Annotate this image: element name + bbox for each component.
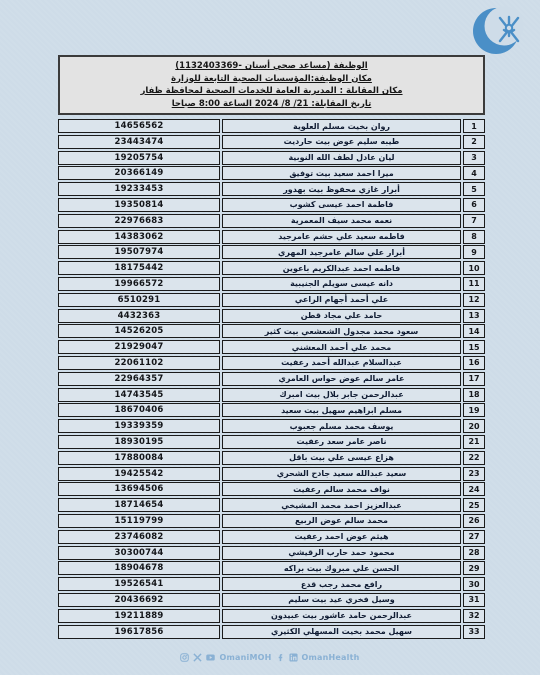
table-row: 12علي أحمد أجهام الراعي6510291: [58, 293, 485, 307]
civil-id-number: 23443474: [58, 135, 220, 149]
table-row: 29الحسن علي مبروك بيت براكه18904678: [58, 561, 485, 575]
health-handle[interactable]: OmanHealth: [302, 653, 360, 662]
civil-id-number: 22976683: [58, 214, 220, 228]
table-row: 23سعيد عبدالله سعيد جادح الشحري19425542: [58, 467, 485, 481]
civil-id-number: 20436692: [58, 593, 220, 607]
applicant-name: مسلم ابراهيم سهيل بيت سعيد: [222, 403, 461, 417]
job-title-line: الوظيفة (مساعد صحي أسنان -1132403369): [64, 60, 479, 73]
applicant-name: هيثم عوض احمد رعفيت: [222, 530, 461, 544]
applicant-name: أبرار غازي محفوظ بيت بهدور: [222, 182, 461, 196]
civil-id-number: 19211889: [58, 609, 220, 623]
applicant-table: 1روان بخيت مسلم العلوية146565622طيبه سلي…: [58, 119, 485, 639]
applicant-name: وسيل فخري عيد بيت سليم: [222, 593, 461, 607]
civil-id-number: 18670406: [58, 403, 220, 417]
table-row: 9أبرار علي سالم عامرجيد المهري19507974: [58, 245, 485, 259]
table-row: 28محمود حمد حارب الرقيشي30300744: [58, 546, 485, 560]
applicant-name: روان بخيت مسلم العلوية: [222, 119, 461, 133]
civil-id-number: 14743545: [58, 388, 220, 402]
civil-id-number: 19350814: [58, 198, 220, 212]
document-sheet: الوظيفة (مساعد صحي أسنان -1132403369) مك…: [58, 55, 485, 640]
row-number: 11: [463, 277, 485, 291]
row-number: 24: [463, 482, 485, 496]
row-number: 15: [463, 340, 485, 354]
row-number: 20: [463, 419, 485, 433]
row-number: 17: [463, 372, 485, 386]
row-number: 19: [463, 403, 485, 417]
row-number: 1: [463, 119, 485, 133]
civil-id-number: 18904678: [58, 561, 220, 575]
applicant-name: نواف محمد سالم رعفيت: [222, 482, 461, 496]
civil-id-number: 22964357: [58, 372, 220, 386]
interview-location-line: مكان المقابلة : المديرية العامة للخدمات …: [64, 85, 479, 98]
table-row: 1روان بخيت مسلم العلوية14656562: [58, 119, 485, 133]
applicant-name: فاطمه احمد عبدالكريم باعوين: [222, 261, 461, 275]
table-row: 30رافع محمد رجب قدع19526541: [58, 577, 485, 591]
row-number: 18: [463, 388, 485, 402]
civil-id-number: 19233453: [58, 182, 220, 196]
applicant-name: ليان عادل لطف الله النوبية: [222, 151, 461, 165]
applicant-name: عبدالرحمن حامد عاشور بيت عبيدون: [222, 609, 461, 623]
table-row: 4ميرا احمد سعيد بيت توفيق20366149: [58, 166, 485, 180]
row-number: 10: [463, 261, 485, 275]
table-row: 20يوسف محمد مسلم جعبوب19339359: [58, 419, 485, 433]
row-number: 27: [463, 530, 485, 544]
row-number: 3: [463, 151, 485, 165]
linkedin-icon[interactable]: [289, 653, 298, 662]
row-number: 28: [463, 546, 485, 560]
crescent-emblem-icon: [471, 5, 531, 57]
civil-id-number: 22061102: [58, 356, 220, 370]
applicant-name: سعود محمد مجدول الشعشعي بيت كثير: [222, 324, 461, 338]
job-location-line: مكان الوظيفة:المؤسسات الصحية التابعة للو…: [64, 73, 479, 86]
row-number: 16: [463, 356, 485, 370]
table-row: 22هزاع عيسى علي بيت باقل17880084: [58, 451, 485, 465]
applicant-name: عبدالرحمن جابر بلال بيت امبرك: [222, 388, 461, 402]
civil-id-number: 19507974: [58, 245, 220, 259]
civil-id-number: 14526205: [58, 324, 220, 338]
applicant-name: عامر سالم عوض حواس العامري: [222, 372, 461, 386]
row-number: 21: [463, 435, 485, 449]
table-row: 6فاطمة احمد عيسى كشوب19350814: [58, 198, 485, 212]
civil-id-number: 18175442: [58, 261, 220, 275]
civil-id-number: 14656562: [58, 119, 220, 133]
civil-id-number: 19205754: [58, 151, 220, 165]
table-row: 3ليان عادل لطف الله النوبية19205754: [58, 151, 485, 165]
applicant-name: سهيل محمد بخيت المسهلي الكثيري: [222, 625, 461, 639]
table-row: 10فاطمه احمد عبدالكريم باعوين18175442: [58, 261, 485, 275]
row-number: 2: [463, 135, 485, 149]
moh-oman-logo: [471, 5, 531, 57]
row-number: 8: [463, 230, 485, 244]
civil-id-number: 4432363: [58, 309, 220, 323]
civil-id-number: 19339359: [58, 419, 220, 433]
applicant-name: محمد علي أحمد المعشني: [222, 340, 461, 354]
social-footer: OmaniMOH OmanHealth: [0, 653, 540, 662]
applicant-name: طيبه سليم عوض بيت حارديت: [222, 135, 461, 149]
applicant-name: الحسن علي مبروك بيت براكه: [222, 561, 461, 575]
civil-id-number: 23746082: [58, 530, 220, 544]
announcement-page: { "logo": { "name": "ministry-of-health-…: [0, 0, 540, 675]
applicant-name: أبرار علي سالم عامرجيد المهري: [222, 245, 461, 259]
table-row: 17عامر سالم عوض حواس العامري22964357: [58, 372, 485, 386]
table-row: 18عبدالرحمن جابر بلال بيت امبرك14743545: [58, 388, 485, 402]
youtube-icon[interactable]: [206, 653, 215, 662]
applicant-name: هزاع عيسى علي بيت باقل: [222, 451, 461, 465]
civil-id-number: 18930195: [58, 435, 220, 449]
applicant-name: رافع محمد رجب قدع: [222, 577, 461, 591]
applicant-name: عبدالسلام عبدالله أحمد رعفيت: [222, 356, 461, 370]
table-row: 13حامد علي مجاد قطن4432363: [58, 309, 485, 323]
row-number: 26: [463, 514, 485, 528]
applicant-name: سعيد عبدالله سعيد جادح الشحري: [222, 467, 461, 481]
table-row: 31وسيل فخري عيد بيت سليم20436692: [58, 593, 485, 607]
table-row: 7نعمه محمد سيف المعمرية22976683: [58, 214, 485, 228]
applicant-name: عبدالعزيز احمد محمد المشيخي: [222, 498, 461, 512]
table-row: 2طيبه سليم عوض بيت حارديت23443474: [58, 135, 485, 149]
table-row: 19مسلم ابراهيم سهيل بيت سعيد18670406: [58, 403, 485, 417]
civil-id-number: 21929047: [58, 340, 220, 354]
applicant-name: محمد سالم عوض الربيع: [222, 514, 461, 528]
applicant-name: علي أحمد أجهام الراعي: [222, 293, 461, 307]
instagram-icon[interactable]: [180, 653, 189, 662]
civil-id-number: 20366149: [58, 166, 220, 180]
applicant-name: فاطمة احمد عيسى كشوب: [222, 198, 461, 212]
table-row: 21ناصر عامر سعد رعفيت18930195: [58, 435, 485, 449]
x-icon[interactable]: [193, 653, 202, 662]
row-number: 32: [463, 609, 485, 623]
row-number: 4: [463, 166, 485, 180]
row-number: 14: [463, 324, 485, 338]
table-row: 24نواف محمد سالم رعفيت13694506: [58, 482, 485, 496]
row-number: 12: [463, 293, 485, 307]
applicant-name: ناصر عامر سعد رعفيت: [222, 435, 461, 449]
moh-handle[interactable]: OmaniMOH: [219, 653, 271, 662]
civil-id-number: 19966572: [58, 277, 220, 291]
row-number: 30: [463, 577, 485, 591]
civil-id-number: 6510291: [58, 293, 220, 307]
civil-id-number: 14383062: [58, 230, 220, 244]
row-number: 7: [463, 214, 485, 228]
table-row: 14سعود محمد مجدول الشعشعي بيت كثير145262…: [58, 324, 485, 338]
applicant-name: ميرا احمد سعيد بيت توفيق: [222, 166, 461, 180]
table-row: 27هيثم عوض احمد رعفيت23746082: [58, 530, 485, 544]
table-row: 15محمد علي أحمد المعشني21929047: [58, 340, 485, 354]
row-number: 31: [463, 593, 485, 607]
applicant-name: يوسف محمد مسلم جعبوب: [222, 419, 461, 433]
table-row: 8فاطمه سعيد علي حشم عامرجيد14383062: [58, 230, 485, 244]
row-number: 9: [463, 245, 485, 259]
applicant-name: دانه عيسى سويلم الجنيبية: [222, 277, 461, 291]
civil-id-number: 19425542: [58, 467, 220, 481]
row-number: 29: [463, 561, 485, 575]
facebook-icon[interactable]: [276, 653, 285, 662]
applicant-name: حامد علي مجاد قطن: [222, 309, 461, 323]
applicant-name: فاطمه سعيد علي حشم عامرجيد: [222, 230, 461, 244]
civil-id-number: 13694506: [58, 482, 220, 496]
interview-date-line: تاريخ المقابلة: 21/ 8/ 2024 الساعة 8:00 …: [64, 98, 479, 111]
row-number: 25: [463, 498, 485, 512]
civil-id-number: 19617856: [58, 625, 220, 639]
table-row: 32عبدالرحمن حامد عاشور بيت عبيدون1921188…: [58, 609, 485, 623]
row-number: 33: [463, 625, 485, 639]
table-row: 16عبدالسلام عبدالله أحمد رعفيت22061102: [58, 356, 485, 370]
row-number: 23: [463, 467, 485, 481]
table-row: 33سهيل محمد بخيت المسهلي الكثيري19617856: [58, 625, 485, 639]
table-row: 5أبرار غازي محفوظ بيت بهدور19233453: [58, 182, 485, 196]
civil-id-number: 30300744: [58, 546, 220, 560]
civil-id-number: 18714654: [58, 498, 220, 512]
row-number: 22: [463, 451, 485, 465]
civil-id-number: 17880084: [58, 451, 220, 465]
civil-id-number: 15119799: [58, 514, 220, 528]
row-number: 5: [463, 182, 485, 196]
applicant-name: محمود حمد حارب الرقيشي: [222, 546, 461, 560]
header-box: الوظيفة (مساعد صحي أسنان -1132403369) مك…: [58, 55, 485, 115]
table-row: 26محمد سالم عوض الربيع15119799: [58, 514, 485, 528]
table-row: 11دانه عيسى سويلم الجنيبية19966572: [58, 277, 485, 291]
row-number: 13: [463, 309, 485, 323]
civil-id-number: 19526541: [58, 577, 220, 591]
table-row: 25عبدالعزيز احمد محمد المشيخي18714654: [58, 498, 485, 512]
applicant-name: نعمه محمد سيف المعمرية: [222, 214, 461, 228]
row-number: 6: [463, 198, 485, 212]
